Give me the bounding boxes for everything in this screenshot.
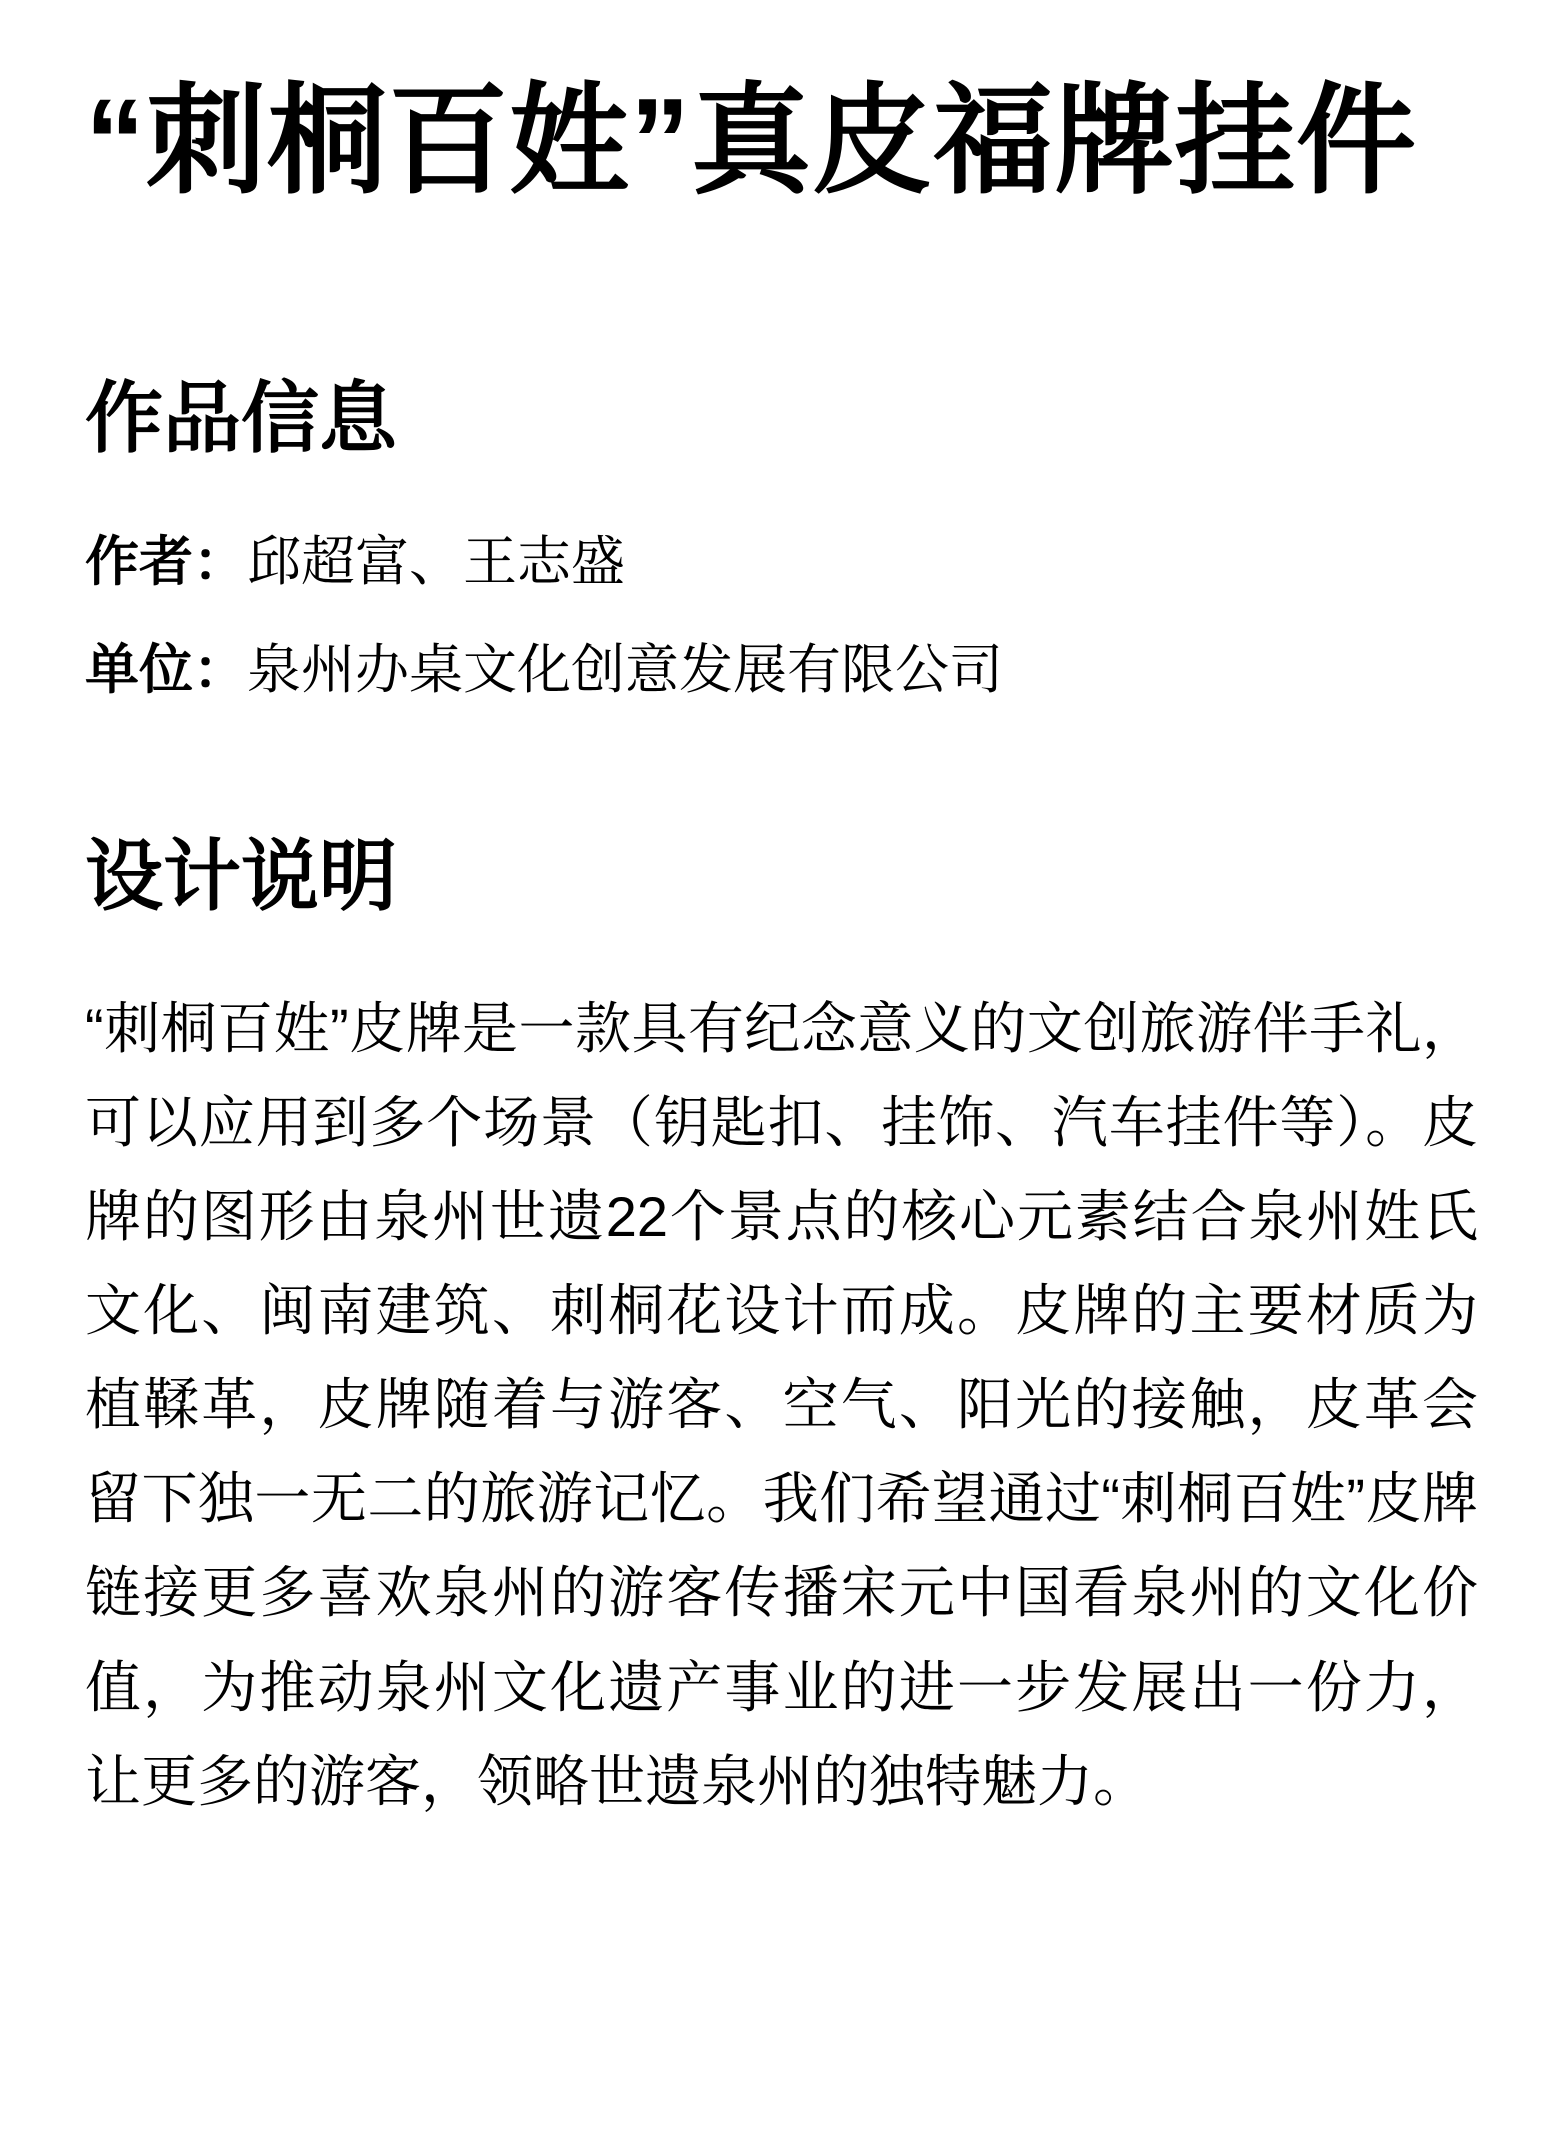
- organization-label: 单位：: [85, 640, 247, 700]
- organization-value: 泉州办桌文化创意发展有限公司: [247, 640, 1003, 700]
- work-info-list: 作者：邱超富、王志盛 单位：泉州办桌文化创意发展有限公司: [85, 527, 1478, 705]
- page-title: “刺桐百姓”真皮福牌挂件: [85, 55, 1478, 228]
- section-heading-design-description: 设计说明: [85, 826, 1478, 927]
- section-heading-work-info: 作品信息: [85, 368, 1478, 469]
- author-value: 邱超富、王志盛: [247, 532, 625, 592]
- document-page: { "page": { "background_color": "#ffffff…: [0, 0, 1563, 2136]
- info-row-organization: 单位：泉州办桌文化创意发展有限公司: [85, 635, 1478, 705]
- author-label: 作者：: [85, 532, 247, 592]
- design-description-text: “刺桐百姓”皮牌是一款具有纪念意义的文创旅游伴手礼，可以应用到多个场景（钥匙扣、…: [85, 982, 1478, 1829]
- info-row-author: 作者：邱超富、王志盛: [85, 527, 1478, 597]
